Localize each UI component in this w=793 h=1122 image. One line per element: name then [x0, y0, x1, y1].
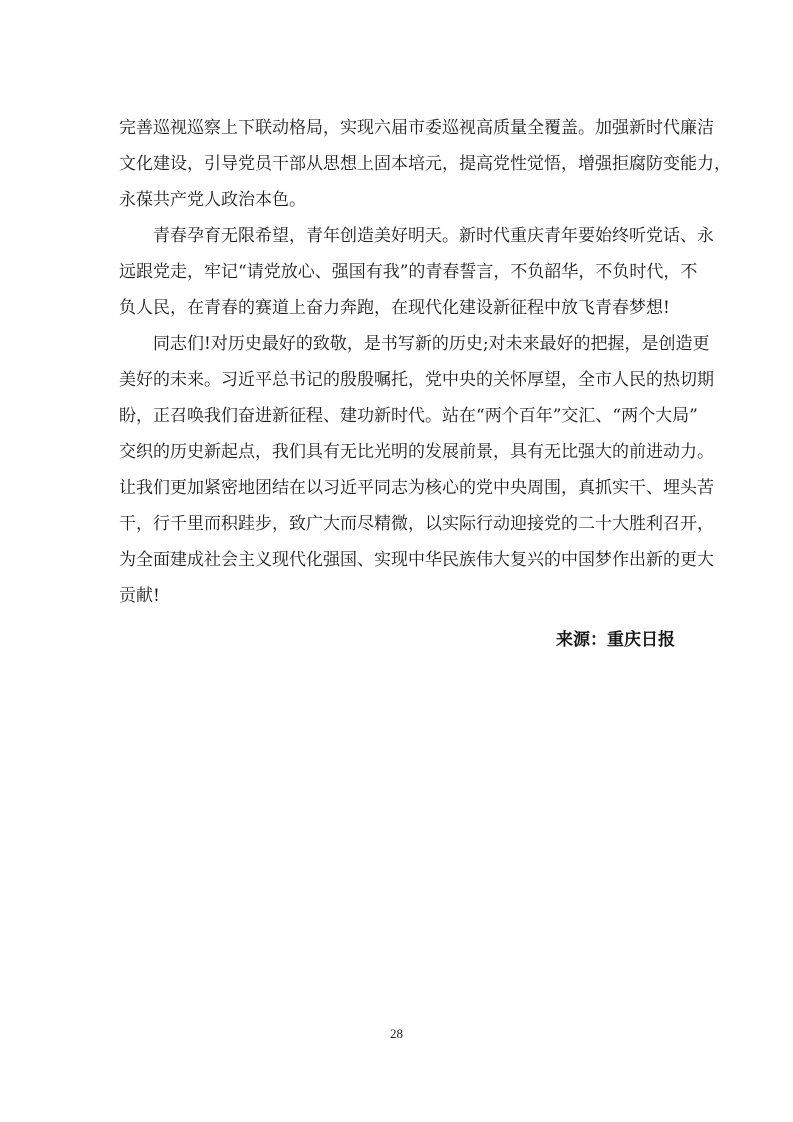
text-line: 为全面建成社会主义现代化强国、实现中华民族伟大复兴的中国梦作出新的更大	[119, 550, 674, 570]
text-line: 文化建设，引导党员干部从思想上固本培元，提高党性觉悟，增强拒腐防变能力，	[119, 154, 674, 174]
text-line: 远跟党走，牢记“请党放心、强国有我”的青春誓言，不负韶华，不负时代，不	[119, 262, 674, 282]
text-line: 让我们更加紧密地团结在以习近平同志为核心的党中央周围，真抓实干、埋头苦	[119, 478, 674, 498]
page-number: 28	[0, 1026, 793, 1042]
source-attribution: 来源：重庆日报	[556, 625, 675, 650]
text-line: 美好的未来。习近平总书记的殷殷嘱托，党中央的关怀厚望，全市人民的热切期	[119, 370, 674, 390]
text-line: 青春孕育无限希望，青年创造美好明天。新时代重庆青年要始终听党话、永	[119, 226, 674, 246]
text-line: 永葆共产党人政治本色。	[119, 190, 674, 210]
text-line: 贡献!	[119, 586, 674, 606]
text-line: 完善巡视巡察上下联动格局，实现六届市委巡视高质量全覆盖。加强新时代廉洁	[119, 118, 674, 138]
text-line: 负人民，在青春的赛道上奋力奔跑，在现代化建设新征程中放飞青春梦想!	[119, 298, 674, 318]
document-page: 完善巡视巡察上下联动格局，实现六届市委巡视高质量全覆盖。加强新时代廉洁 文化建设…	[0, 0, 793, 1122]
text-line: 盼，正召唤我们奋进新征程、建功新时代。站在“两个百年”交汇、“两个大局”	[119, 406, 674, 426]
text-line: 交织的历史新起点，我们具有无比光明的发展前景，具有无比强大的前进动力。	[119, 442, 674, 462]
text-line: 同志们!对历史最好的致敬，是书写新的历史;对未来最好的把握，是创造更	[119, 334, 674, 354]
text-line: 干，行千里而积跬步，致广大而尽精微，以实际行动迎接党的二十大胜利召开，	[119, 514, 674, 534]
